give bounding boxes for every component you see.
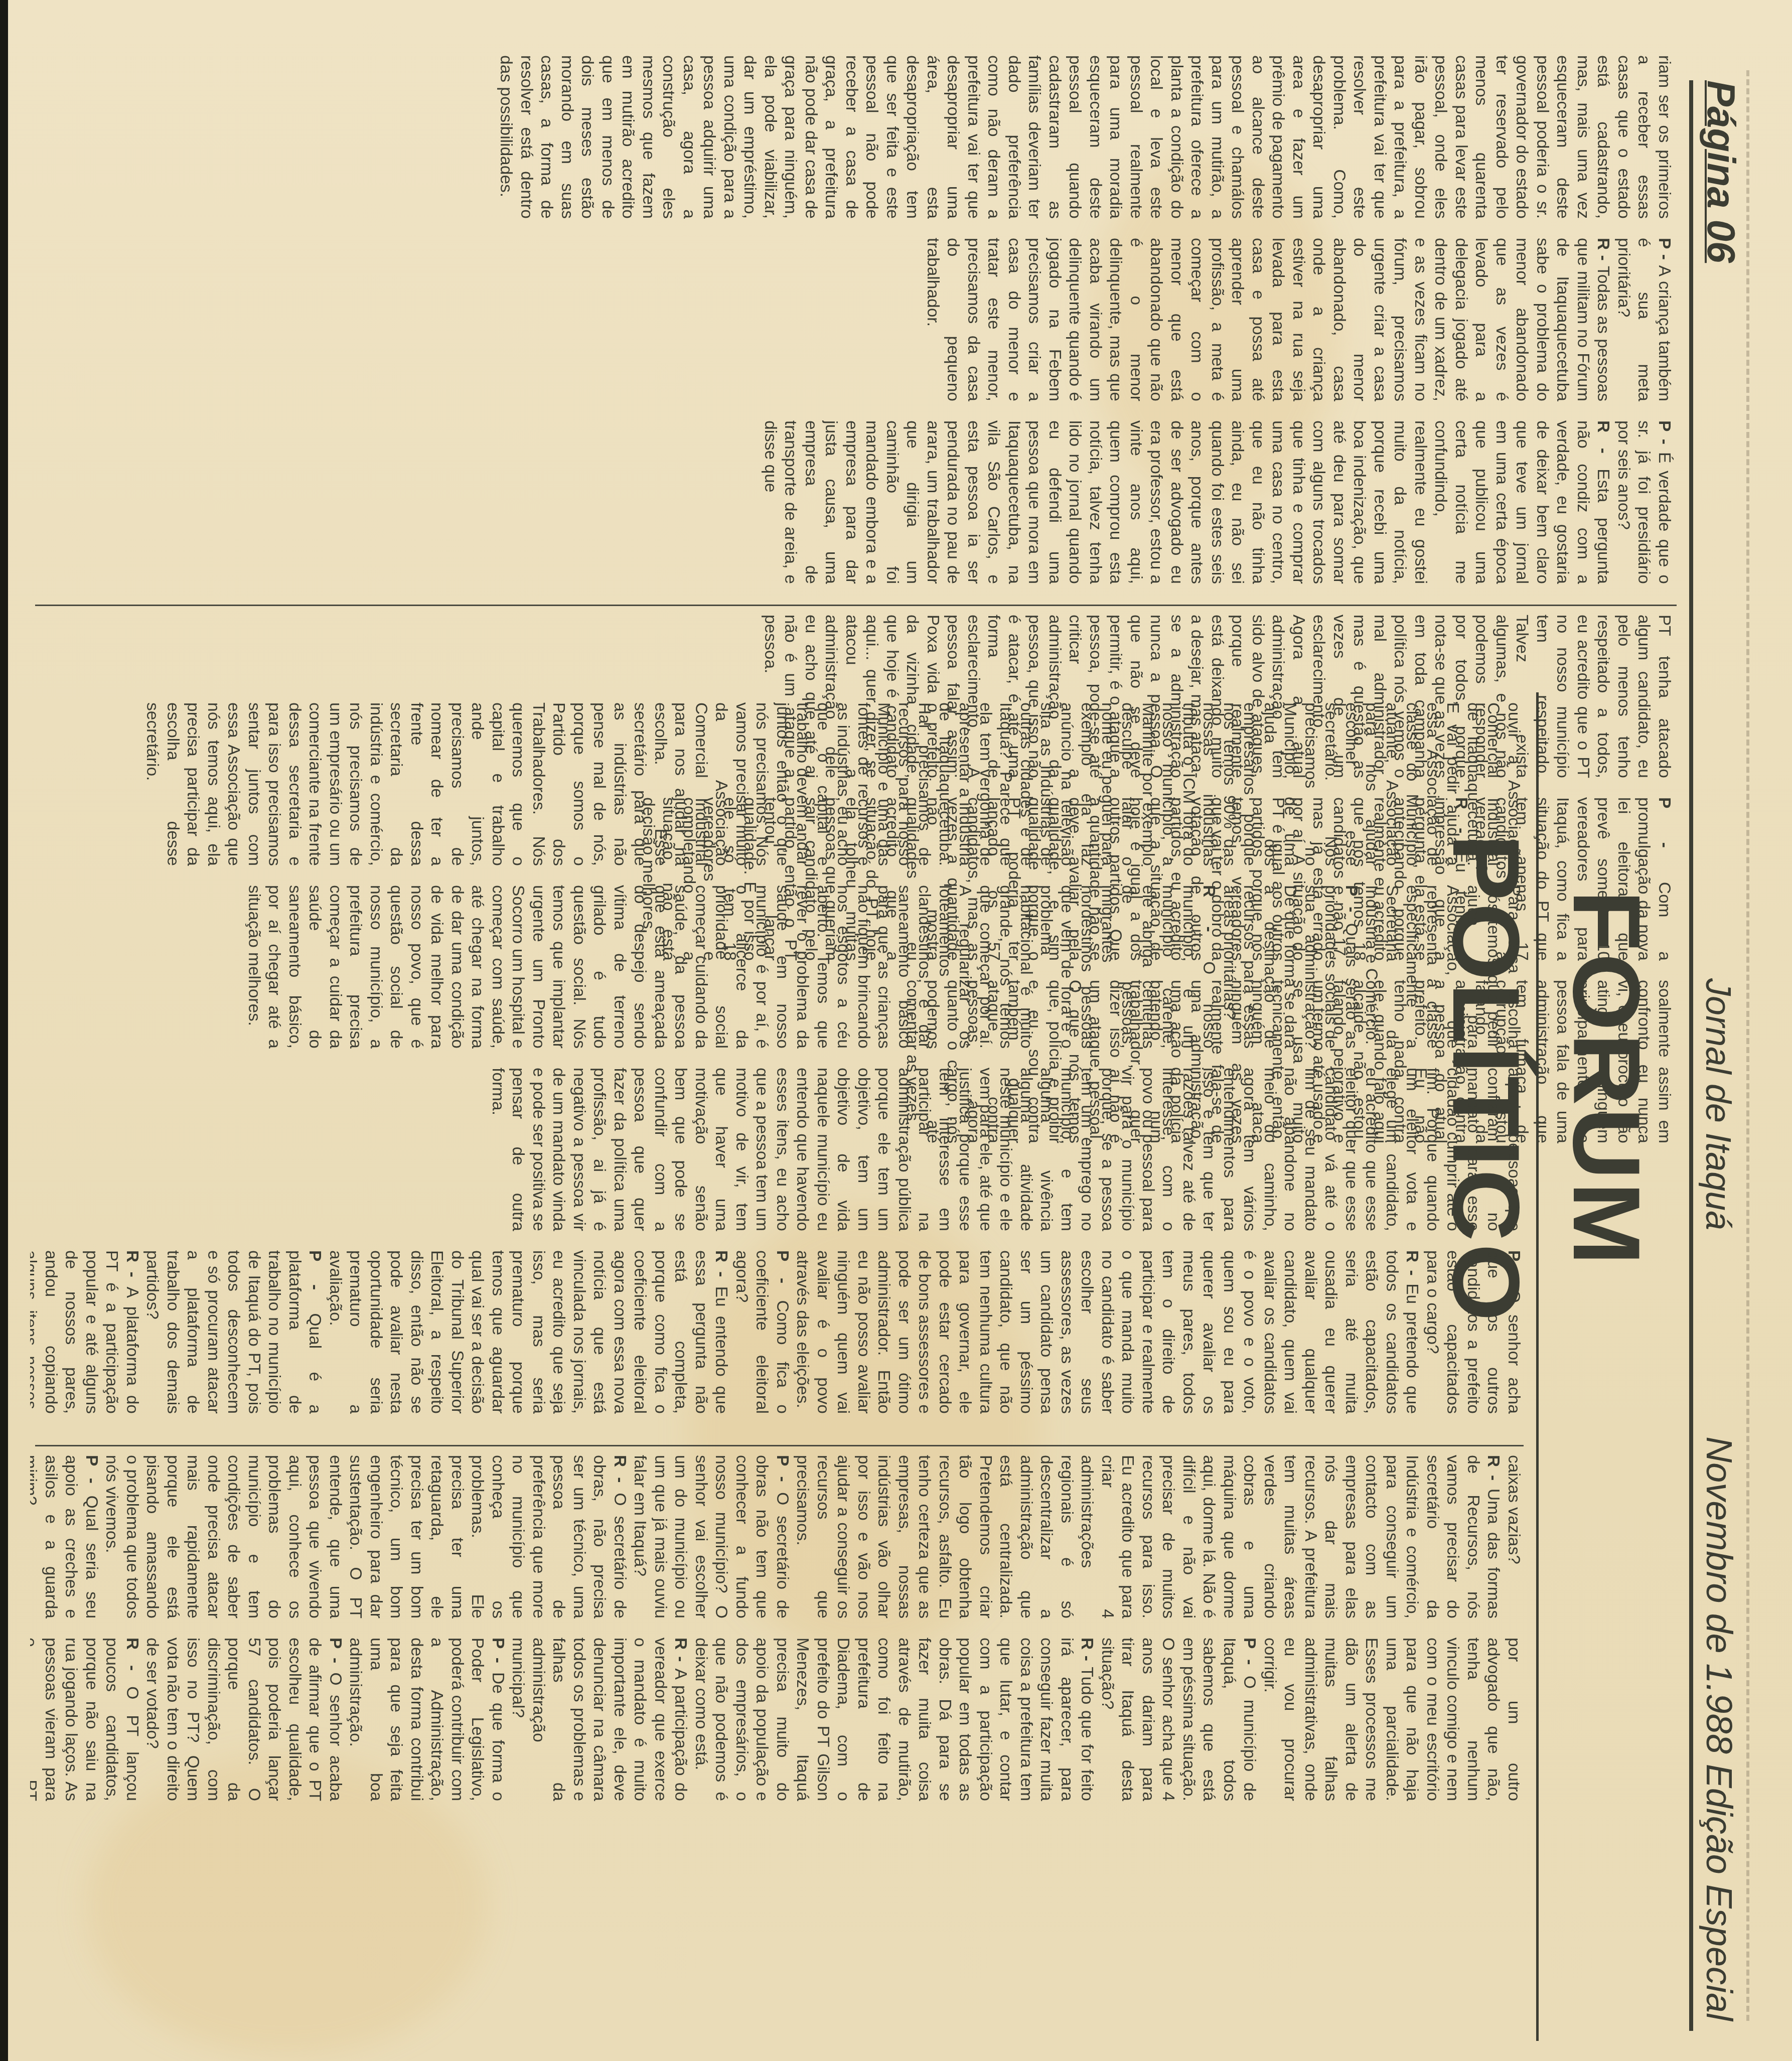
article-paragraph: P - Qual é a plataforma de trabalho no m… <box>142 1250 325 1414</box>
article-column <box>30 1820 1524 1984</box>
article-paragraph: por um outro advogado que não, tenha nen… <box>1260 1638 1524 1801</box>
article-paragraph: aquelas pessoas que confiaram no mandato… <box>488 1068 1524 1231</box>
column-band-far-right: caixas vazias?R - Uma das formas de Recu… <box>30 1455 1524 1984</box>
article-column: caixas vazias?R - Uma das formas de Recu… <box>30 1455 1524 1618</box>
answer-marker: R - <box>123 1638 141 1686</box>
answer-marker: R - <box>1200 885 1219 961</box>
article-paragraph: P - De que forma o Poder Legislativo, po… <box>345 1638 508 1801</box>
article-paragraph: P - A criança também é sua meta prioritá… <box>1613 238 1675 401</box>
article-column: por um outro advogado que não, tenha nen… <box>30 1638 1524 1801</box>
article-paragraph: ouvir a Associação Comercial Industrial … <box>142 702 1524 866</box>
article-paragraph: R - A participação do vereador que exerc… <box>508 1638 691 1801</box>
article-paragraph: R - Eu entendo que essa pergunta não est… <box>325 1250 731 1414</box>
article-paragraph: P - Como fica o coeficiente eleitoral ag… <box>731 1250 793 1414</box>
article-paragraph: R - A plataforma do PT é a participação … <box>30 1250 142 1414</box>
headline-rule <box>1536 692 1539 2041</box>
column-band-right: ouvir a Associação Comercial Industrial … <box>30 702 1524 1414</box>
article-paragraph: R - Todas as pessoas que militam no Fóru… <box>923 238 1613 401</box>
article-column: riam ser os primeiros a receber essas ca… <box>30 55 1674 219</box>
edition-date: Novembro de 1.988 Edição Especial <box>1698 1436 1739 2021</box>
question-marker: P - <box>773 1455 792 1492</box>
scan-edge <box>0 0 8 2061</box>
question-marker: P - <box>82 1455 101 1496</box>
article-paragraph: P - O senhor acha que os outros candidat… <box>1422 1250 1524 1414</box>
answer-marker: R - <box>1484 1455 1503 1489</box>
article-paragraph: Para essa escolha nós temos que pedir aj… <box>1361 885 1524 1049</box>
question-marker: P - <box>326 1638 345 1673</box>
question-marker: P - <box>489 1638 507 1672</box>
article-paragraph: R - Uma das formas de Recursos, nós vamo… <box>792 1455 1504 1618</box>
question-marker: P - <box>1241 1638 1259 1676</box>
article-column: P - A criança também é sua meta prioritá… <box>30 238 1674 401</box>
article-paragraph: R - O nosso município, é um município ca… <box>244 885 1219 1049</box>
answer-marker: R - <box>672 1638 690 1668</box>
column-band-left: riam ser os primeiros a receber essas ca… <box>30 55 1674 584</box>
article-paragraph: R - Eu pretendo que todos os candidatos … <box>792 1250 1422 1414</box>
article-paragraph: caixas vazias? <box>1504 1455 1524 1618</box>
question-marker: P - <box>306 1250 325 1313</box>
question-marker: P - <box>1505 1250 1523 1290</box>
newspaper-page: Página 06 Jornal de Itaquá Novembro de 1… <box>0 0 1792 2061</box>
article-column: Para essa escolha nós temos que pedir aj… <box>30 885 1524 1049</box>
question-marker: P - <box>773 1250 792 1300</box>
article-column: ouvir a Associação Comercial Industrial … <box>30 702 1524 866</box>
headline: FORUM POLÍTICO <box>1546 684 1667 1474</box>
article-paragraph: R - O secretário de obras, não precisa s… <box>101 1455 630 1618</box>
article-column: aquelas pessoas que confiaram no mandato… <box>30 1068 1524 1231</box>
article-paragraph: riam ser os primeiros a receber essas ca… <box>496 55 1674 219</box>
question-marker: P - <box>1655 238 1674 265</box>
article-column: P - É verdade que o sr. já foi presidiár… <box>30 420 1674 584</box>
page-number: Página 06 <box>1698 80 1744 263</box>
article-paragraph: P - Qual seria seu apoio as creches e as… <box>30 1455 101 1618</box>
article-paragraph: P - O secretário de obras não tem que co… <box>630 1455 792 1618</box>
column-divider <box>35 1445 1524 1446</box>
answer-marker: R - <box>1078 1638 1097 1667</box>
column-divider <box>35 605 1677 606</box>
answer-marker: R - <box>123 1250 141 1287</box>
article-paragraph: P - O senhor acaba de afirmar que o PT e… <box>142 1638 345 1801</box>
answer-marker: R - <box>712 1250 731 1286</box>
article-paragraph: R - Esta pergunta não condiz com a verda… <box>760 420 1613 584</box>
article-paragraph: P - O município de Itaquá, todos sabemos… <box>1097 1638 1260 1801</box>
question-marker: P - <box>1655 420 1674 452</box>
answer-marker: R - <box>1594 420 1613 469</box>
article-paragraph: P - É verdade que o sr. já foi presidiár… <box>1613 420 1675 584</box>
article-paragraph: R - O PT lançou poucos candidatos, porqu… <box>30 1638 142 1801</box>
newspaper-name: Jornal de Itaquá <box>1698 978 1738 1230</box>
question-marker: P - <box>1342 885 1361 923</box>
answer-marker: R - <box>611 1455 629 1493</box>
fold-line <box>1746 70 1749 2021</box>
article-paragraph: P - Quais serão as prioridades sociais d… <box>1219 885 1362 1049</box>
masthead: Página 06 Jornal de Itaquá Novembro de 1… <box>1679 50 1764 2041</box>
article-paragraph: R - Tudo que for feito irá aparecer, par… <box>691 1638 1097 1801</box>
masthead-rule <box>1689 80 1693 2031</box>
article-column: P - O senhor acha que os outros candidat… <box>30 1250 1524 1414</box>
answer-marker: R - <box>1594 238 1613 266</box>
answer-marker: R - <box>1403 1250 1422 1283</box>
